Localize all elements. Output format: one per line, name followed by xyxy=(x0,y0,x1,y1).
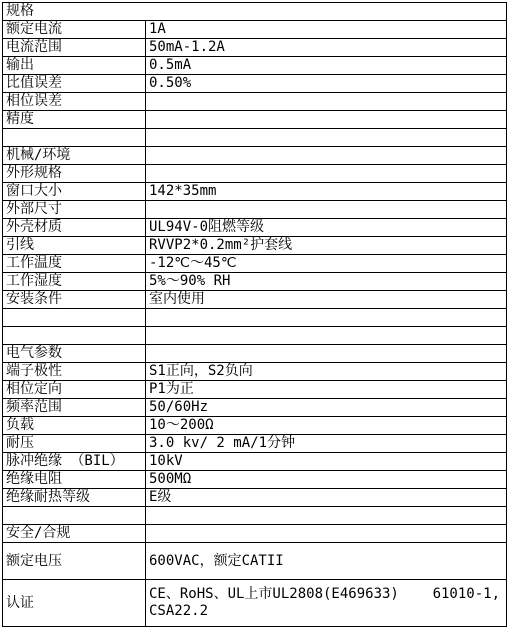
spec-label-cell: 比值误差 xyxy=(3,75,146,93)
spec-value-cell: 0.5mA xyxy=(146,57,507,75)
section-row: 规格 xyxy=(3,3,507,21)
spec-label-cell xyxy=(3,129,146,147)
spec-value-cell: 600VAC，额定CATII xyxy=(146,543,507,580)
empty-row xyxy=(3,507,507,525)
section-row: 机械/环境 xyxy=(3,147,507,165)
spec-label-cell: 额定电流 xyxy=(3,21,146,39)
spec-row: 引线RVVP2*0.2mm²护套线 xyxy=(3,237,507,255)
spec-row: 工作湿度5%～90% RH xyxy=(3,273,507,291)
spec-row: 外形规格 xyxy=(3,165,507,183)
spec-label-cell: 相位误差 xyxy=(3,93,146,111)
spec-label-cell: 频率范围 xyxy=(3,399,146,417)
spec-value-cell: 50/60Hz xyxy=(146,399,507,417)
spec-row: 额定电压600VAC，额定CATII xyxy=(3,543,507,580)
spec-row: 相位定向P1为正 xyxy=(3,381,507,399)
spec-row: 外部尺寸 xyxy=(3,201,507,219)
spec-value-cell: 5%～90% RH xyxy=(146,273,507,291)
spec-value-cell: 10～200Ω xyxy=(146,417,507,435)
spec-value-cell: UL94V-0阻燃等级 xyxy=(146,219,507,237)
spec-row: 负载10～200Ω xyxy=(3,417,507,435)
section-header-cell: 电气参数 xyxy=(3,345,146,363)
spec-value-cell: E级 xyxy=(146,489,507,507)
empty-row xyxy=(3,327,507,345)
empty-row xyxy=(3,129,507,147)
spec-value-cell xyxy=(146,147,507,165)
spec-label-cell: 外部尺寸 xyxy=(3,201,146,219)
spec-row: 耐压3.0 kv/ 2 mA/1分钟 xyxy=(3,435,507,453)
spec-row: 脉冲绝缘 （BIL）10kV xyxy=(3,453,507,471)
spec-row: 额定电流1A xyxy=(3,21,507,39)
spec-label-cell: 绝缘电阻 xyxy=(3,471,146,489)
spec-value-cell xyxy=(146,309,507,327)
spec-row: 端子极性S1正向，S2负向 xyxy=(3,363,507,381)
section-header-cell: 机械/环境 xyxy=(3,147,146,165)
spec-value-cell: 3.0 kv/ 2 mA/1分钟 xyxy=(146,435,507,453)
section-header-cell: 安全/合规 xyxy=(3,525,146,543)
spec-label-cell: 相位定向 xyxy=(3,381,146,399)
spec-label-cell: 安装条件 xyxy=(3,291,146,309)
spec-value-cell: P1为正 xyxy=(146,381,507,399)
spec-row: 相位误差 xyxy=(3,93,507,111)
spec-label-cell: 工作温度 xyxy=(3,255,146,273)
spec-row: 安装条件室内使用 xyxy=(3,291,507,309)
spec-value-cell xyxy=(146,345,507,363)
spec-label-cell: 外壳材质 xyxy=(3,219,146,237)
spec-value-cell xyxy=(146,129,507,147)
spec-value-cell: 10kV xyxy=(146,453,507,471)
spec-value-cell: RVVP2*0.2mm²护套线 xyxy=(146,237,507,255)
spec-value-cell: 500MΩ xyxy=(146,471,507,489)
spec-label-cell xyxy=(3,507,146,525)
spec-row: 电流范围50mA-1.2A xyxy=(3,39,507,57)
spec-label-cell: 窗口大小 xyxy=(3,183,146,201)
spec-value-cell: -12℃～45℃ xyxy=(146,255,507,273)
spec-row: 绝缘耐热等级E级 xyxy=(3,489,507,507)
spec-label-cell: 精度 xyxy=(3,111,146,129)
spec-value-cell xyxy=(146,507,507,525)
spec-value-cell xyxy=(146,327,507,345)
spec-row: 工作温度-12℃～45℃ xyxy=(3,255,507,273)
spec-row: 输出0.5mA xyxy=(3,57,507,75)
spec-sheet-page: 规格额定电流1A电流范围50mA-1.2A输出0.5mA比值误差0.50%相位误… xyxy=(0,2,510,627)
section-row: 安全/合规 xyxy=(3,525,507,543)
section-header-cell: 规格 xyxy=(3,3,507,21)
spec-value-cell xyxy=(146,165,507,183)
spec-row: 精度 xyxy=(3,111,507,129)
spec-value-cell: 50mA-1.2A xyxy=(146,39,507,57)
spec-label-cell: 额定电压 xyxy=(3,543,146,580)
spec-row: 绝缘电阻500MΩ xyxy=(3,471,507,489)
spec-value-cell xyxy=(146,201,507,219)
spec-row: 比值误差0.50% xyxy=(3,75,507,93)
spec-value-cell: CE、RoHS、UL上市UL2808(E469633) 61010-1,CSA2… xyxy=(146,580,507,627)
spec-label-cell: 脉冲绝缘 （BIL） xyxy=(3,453,146,471)
spec-table-body: 规格额定电流1A电流范围50mA-1.2A输出0.5mA比值误差0.50%相位误… xyxy=(3,3,507,627)
spec-value-cell: S1正向，S2负向 xyxy=(146,363,507,381)
spec-label-cell xyxy=(3,309,146,327)
spec-label-cell: 工作湿度 xyxy=(3,273,146,291)
spec-label-cell: 输出 xyxy=(3,57,146,75)
spec-label-cell: 认证 xyxy=(3,580,146,627)
spec-value-cell: 室内使用 xyxy=(146,291,507,309)
spec-label-cell: 耐压 xyxy=(3,435,146,453)
spec-value-cell xyxy=(146,93,507,111)
spec-row: 窗口大小142*35mm xyxy=(3,183,507,201)
section-row: 电气参数 xyxy=(3,345,507,363)
spec-value-cell: 0.50% xyxy=(146,75,507,93)
spec-value-cell: 1A xyxy=(146,21,507,39)
spec-value-cell: 142*35mm xyxy=(146,183,507,201)
spec-label-cell: 电流范围 xyxy=(3,39,146,57)
spec-row: 认证CE、RoHS、UL上市UL2808(E469633) 61010-1,CS… xyxy=(3,580,507,627)
spec-row: 外壳材质UL94V-0阻燃等级 xyxy=(3,219,507,237)
spec-value-cell xyxy=(146,111,507,129)
spec-table: 规格额定电流1A电流范围50mA-1.2A输出0.5mA比值误差0.50%相位误… xyxy=(2,2,507,627)
spec-label-cell: 端子极性 xyxy=(3,363,146,381)
spec-label-cell: 引线 xyxy=(3,237,146,255)
spec-label-cell: 外形规格 xyxy=(3,165,146,183)
spec-row: 频率范围50/60Hz xyxy=(3,399,507,417)
spec-value-cell xyxy=(146,525,507,543)
spec-label-cell xyxy=(3,327,146,345)
spec-label-cell: 绝缘耐热等级 xyxy=(3,489,146,507)
empty-row xyxy=(3,309,507,327)
spec-label-cell: 负载 xyxy=(3,417,146,435)
